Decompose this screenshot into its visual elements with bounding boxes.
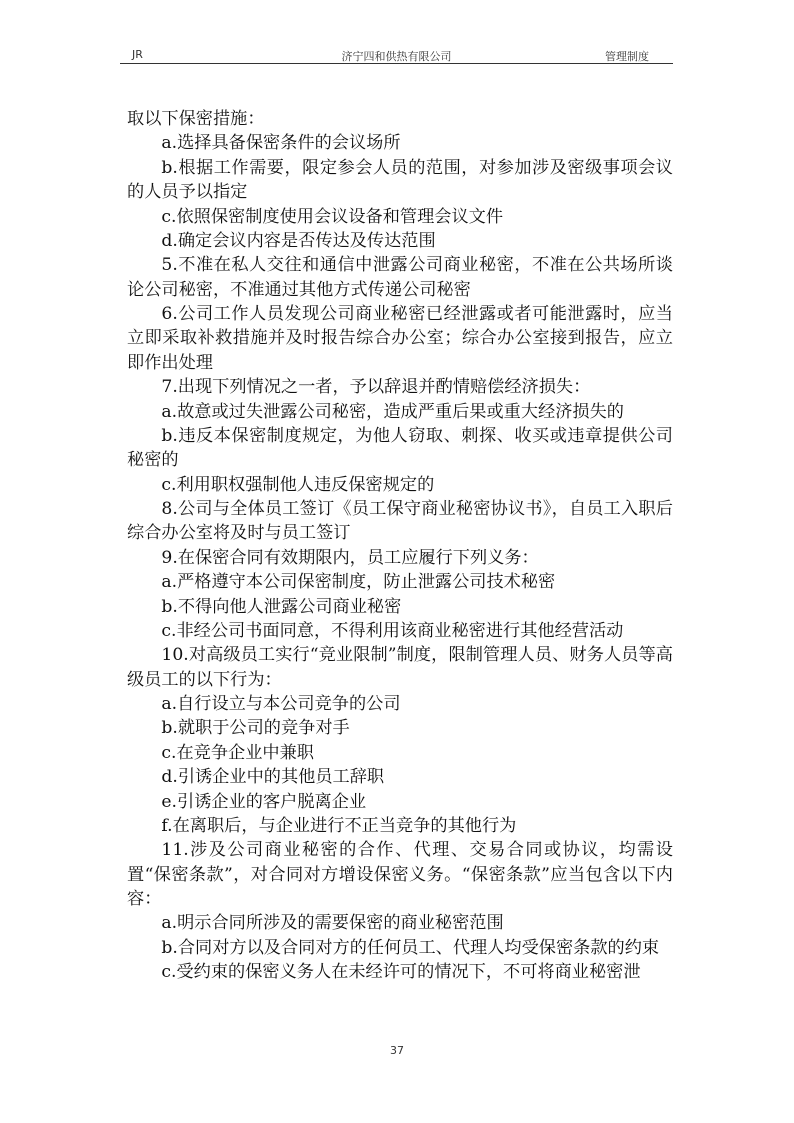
paragraph: 7.出现下列情况之一者，予以辞退并酌情赔偿经济损失：	[127, 375, 673, 399]
paragraph: 5.不准在私人交往和通信中泄露公司商业秘密，不准在公共场所谈论公司秘密，不准通过…	[127, 253, 673, 302]
paragraph: c.非经公司书面同意，不得利用该商业秘密进行其他经营活动	[127, 619, 673, 643]
paragraph: f.在离职后，与企业进行不正当竞争的其他行为	[127, 814, 673, 838]
paragraph: 11.涉及公司商业秘密的合作、代理、交易合同或协议，均需设置“保密条款”，对合同…	[127, 838, 673, 911]
header-company-name: 济宁四和供热有限公司	[120, 48, 673, 64]
paragraph: 6.公司工作人员发现公司商业秘密已经泄露或者可能泄露时，应当立即采取补救措施并及…	[127, 302, 673, 375]
paragraph: a.故意或过失泄露公司秘密，造成严重后果或重大经济损失的	[127, 400, 673, 424]
paragraph: 8.公司与全体员工签订《员工保守商业秘密协议书》，自员工入职后综合办公室将及时与…	[127, 497, 673, 546]
page-header: JR 济宁四和供热有限公司 管理制度	[120, 44, 673, 64]
paragraph: d.引诱企业中的其他员工辞职	[127, 765, 673, 789]
header-document-type: 管理制度	[605, 48, 649, 64]
paragraph: 10.对高级员工实行“竞业限制”制度，限制管理人员、财务人员等高级员工的以下行为…	[127, 643, 673, 692]
paragraph: e.引诱企业的客户脱离企业	[127, 790, 673, 814]
paragraph: a.选择具备保密条件的会议场所	[127, 131, 673, 155]
paragraph: b.根据工作需要，限定参会人员的范围，对参加涉及密级事项会议的人员予以指定	[127, 156, 673, 205]
header-divider	[120, 63, 673, 64]
paragraph: a.自行设立与本公司竞争的公司	[127, 692, 673, 716]
paragraph: b.合同对方以及合同对方的任何员工、代理人均受保密条款的约束	[127, 936, 673, 960]
paragraph: b.不得向他人泄露公司商业秘密	[127, 595, 673, 619]
paragraph: c.利用职权强制他人违反保密规定的	[127, 473, 673, 497]
paragraph: b.违反本保密制度规定，为他人窃取、刺探、收买或违章提供公司秘密的	[127, 424, 673, 473]
paragraph: a.严格遵守本公司保密制度，防止泄露公司技术秘密	[127, 570, 673, 594]
paragraph: c.在竞争企业中兼职	[127, 741, 673, 765]
document-body: 取以下保密措施： a.选择具备保密条件的会议场所 b.根据工作需要，限定参会人员…	[127, 107, 673, 985]
paragraph: c.受约束的保密义务人在未经许可的情况下，不可将商业秘密泄	[127, 960, 673, 984]
page-number: 37	[0, 1044, 794, 1057]
paragraph: d.确定会议内容是否传达及传达范围	[127, 229, 673, 253]
paragraph: c.依照保密制度使用会议设备和管理会议文件	[127, 205, 673, 229]
paragraph: 取以下保密措施：	[127, 107, 673, 131]
paragraph: a.明示合同所涉及的需要保密的商业秘密范围	[127, 911, 673, 935]
paragraph: 9.在保密合同有效期限内，员工应履行下列义务：	[127, 546, 673, 570]
paragraph: b.就职于公司的竞争对手	[127, 716, 673, 740]
